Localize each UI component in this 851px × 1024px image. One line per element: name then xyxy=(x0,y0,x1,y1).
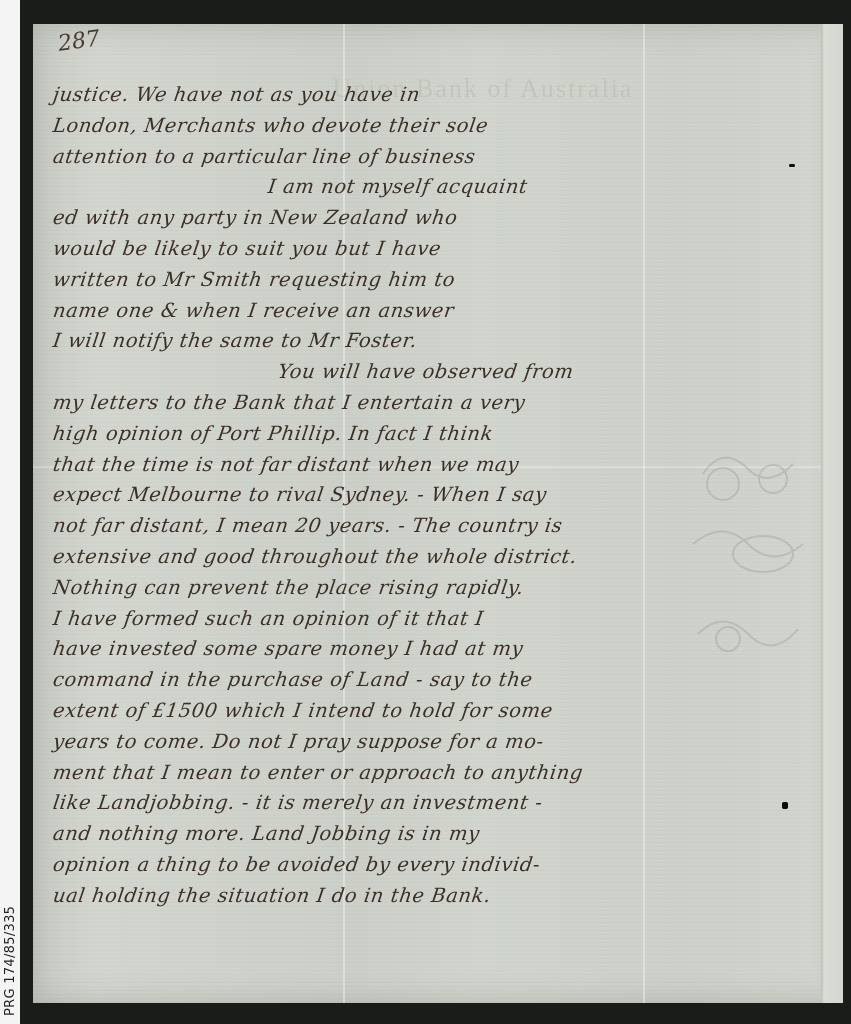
letter-page: Union Bank of Australia 287 justice. We … xyxy=(33,24,843,1003)
text-line: years to come. Do not I pray suppose for… xyxy=(51,727,695,758)
text-line: London, Merchants who devote their sole xyxy=(51,111,695,142)
text-line: and nothing more. Land Jobbing is in my xyxy=(51,819,695,850)
pin-hole xyxy=(782,802,788,809)
text-line: like Landjobbing. - it is merely an inve… xyxy=(51,788,695,819)
text-line: ual holding the situation I do in the Ba… xyxy=(51,881,695,912)
text-line: opinion a thing to be avoided by every i… xyxy=(51,850,695,881)
text-line: name one & when I receive an answer xyxy=(51,296,695,327)
text-line: Nothing can prevent the place rising rap… xyxy=(51,573,695,604)
text-line: that the time is not far distant when we… xyxy=(51,450,695,481)
text-line: You will have observed from xyxy=(51,357,695,388)
text-line: justice. We have not as you have in xyxy=(51,80,695,111)
text-line: expect Melbourne to rival Sydney. - When… xyxy=(51,480,695,511)
watermark-flourish-icon xyxy=(683,434,813,674)
text-line: written to Mr Smith requesting him to xyxy=(51,265,695,296)
archive-reference-label: PRG 174/85/335 xyxy=(3,906,18,1016)
folded-edge xyxy=(821,24,843,1003)
text-line: I am not myself acquaint xyxy=(51,172,695,203)
text-line: not far distant, I mean 20 years. - The … xyxy=(51,511,695,542)
text-line: extent of £1500 which I intend to hold f… xyxy=(51,696,695,727)
text-line: attention to a particular line of busine… xyxy=(51,142,695,173)
text-line: would be likely to suit you but I have xyxy=(51,234,695,265)
text-line: ed with any party in New Zealand who xyxy=(51,203,695,234)
folio-number: 287 xyxy=(56,26,101,57)
text-line: high opinion of Port Phillip. In fact I … xyxy=(51,419,695,450)
text-line: I have formed such an opinion of it that… xyxy=(51,604,695,635)
text-line: command in the purchase of Land - say to… xyxy=(51,665,695,696)
letter-body: justice. We have not as you have in Lond… xyxy=(53,80,693,912)
text-line: I will notify the same to Mr Foster. xyxy=(51,326,695,357)
text-line: have invested some spare money I had at … xyxy=(51,634,695,665)
archive-label-strip: PRG 174/85/335 xyxy=(0,0,20,1024)
text-line: extensive and good throughout the whole … xyxy=(51,542,695,573)
text-line: my letters to the Bank that I entertain … xyxy=(51,388,695,419)
ink-blot xyxy=(789,164,795,167)
text-line: ment that I mean to enter or approach to… xyxy=(51,758,695,789)
